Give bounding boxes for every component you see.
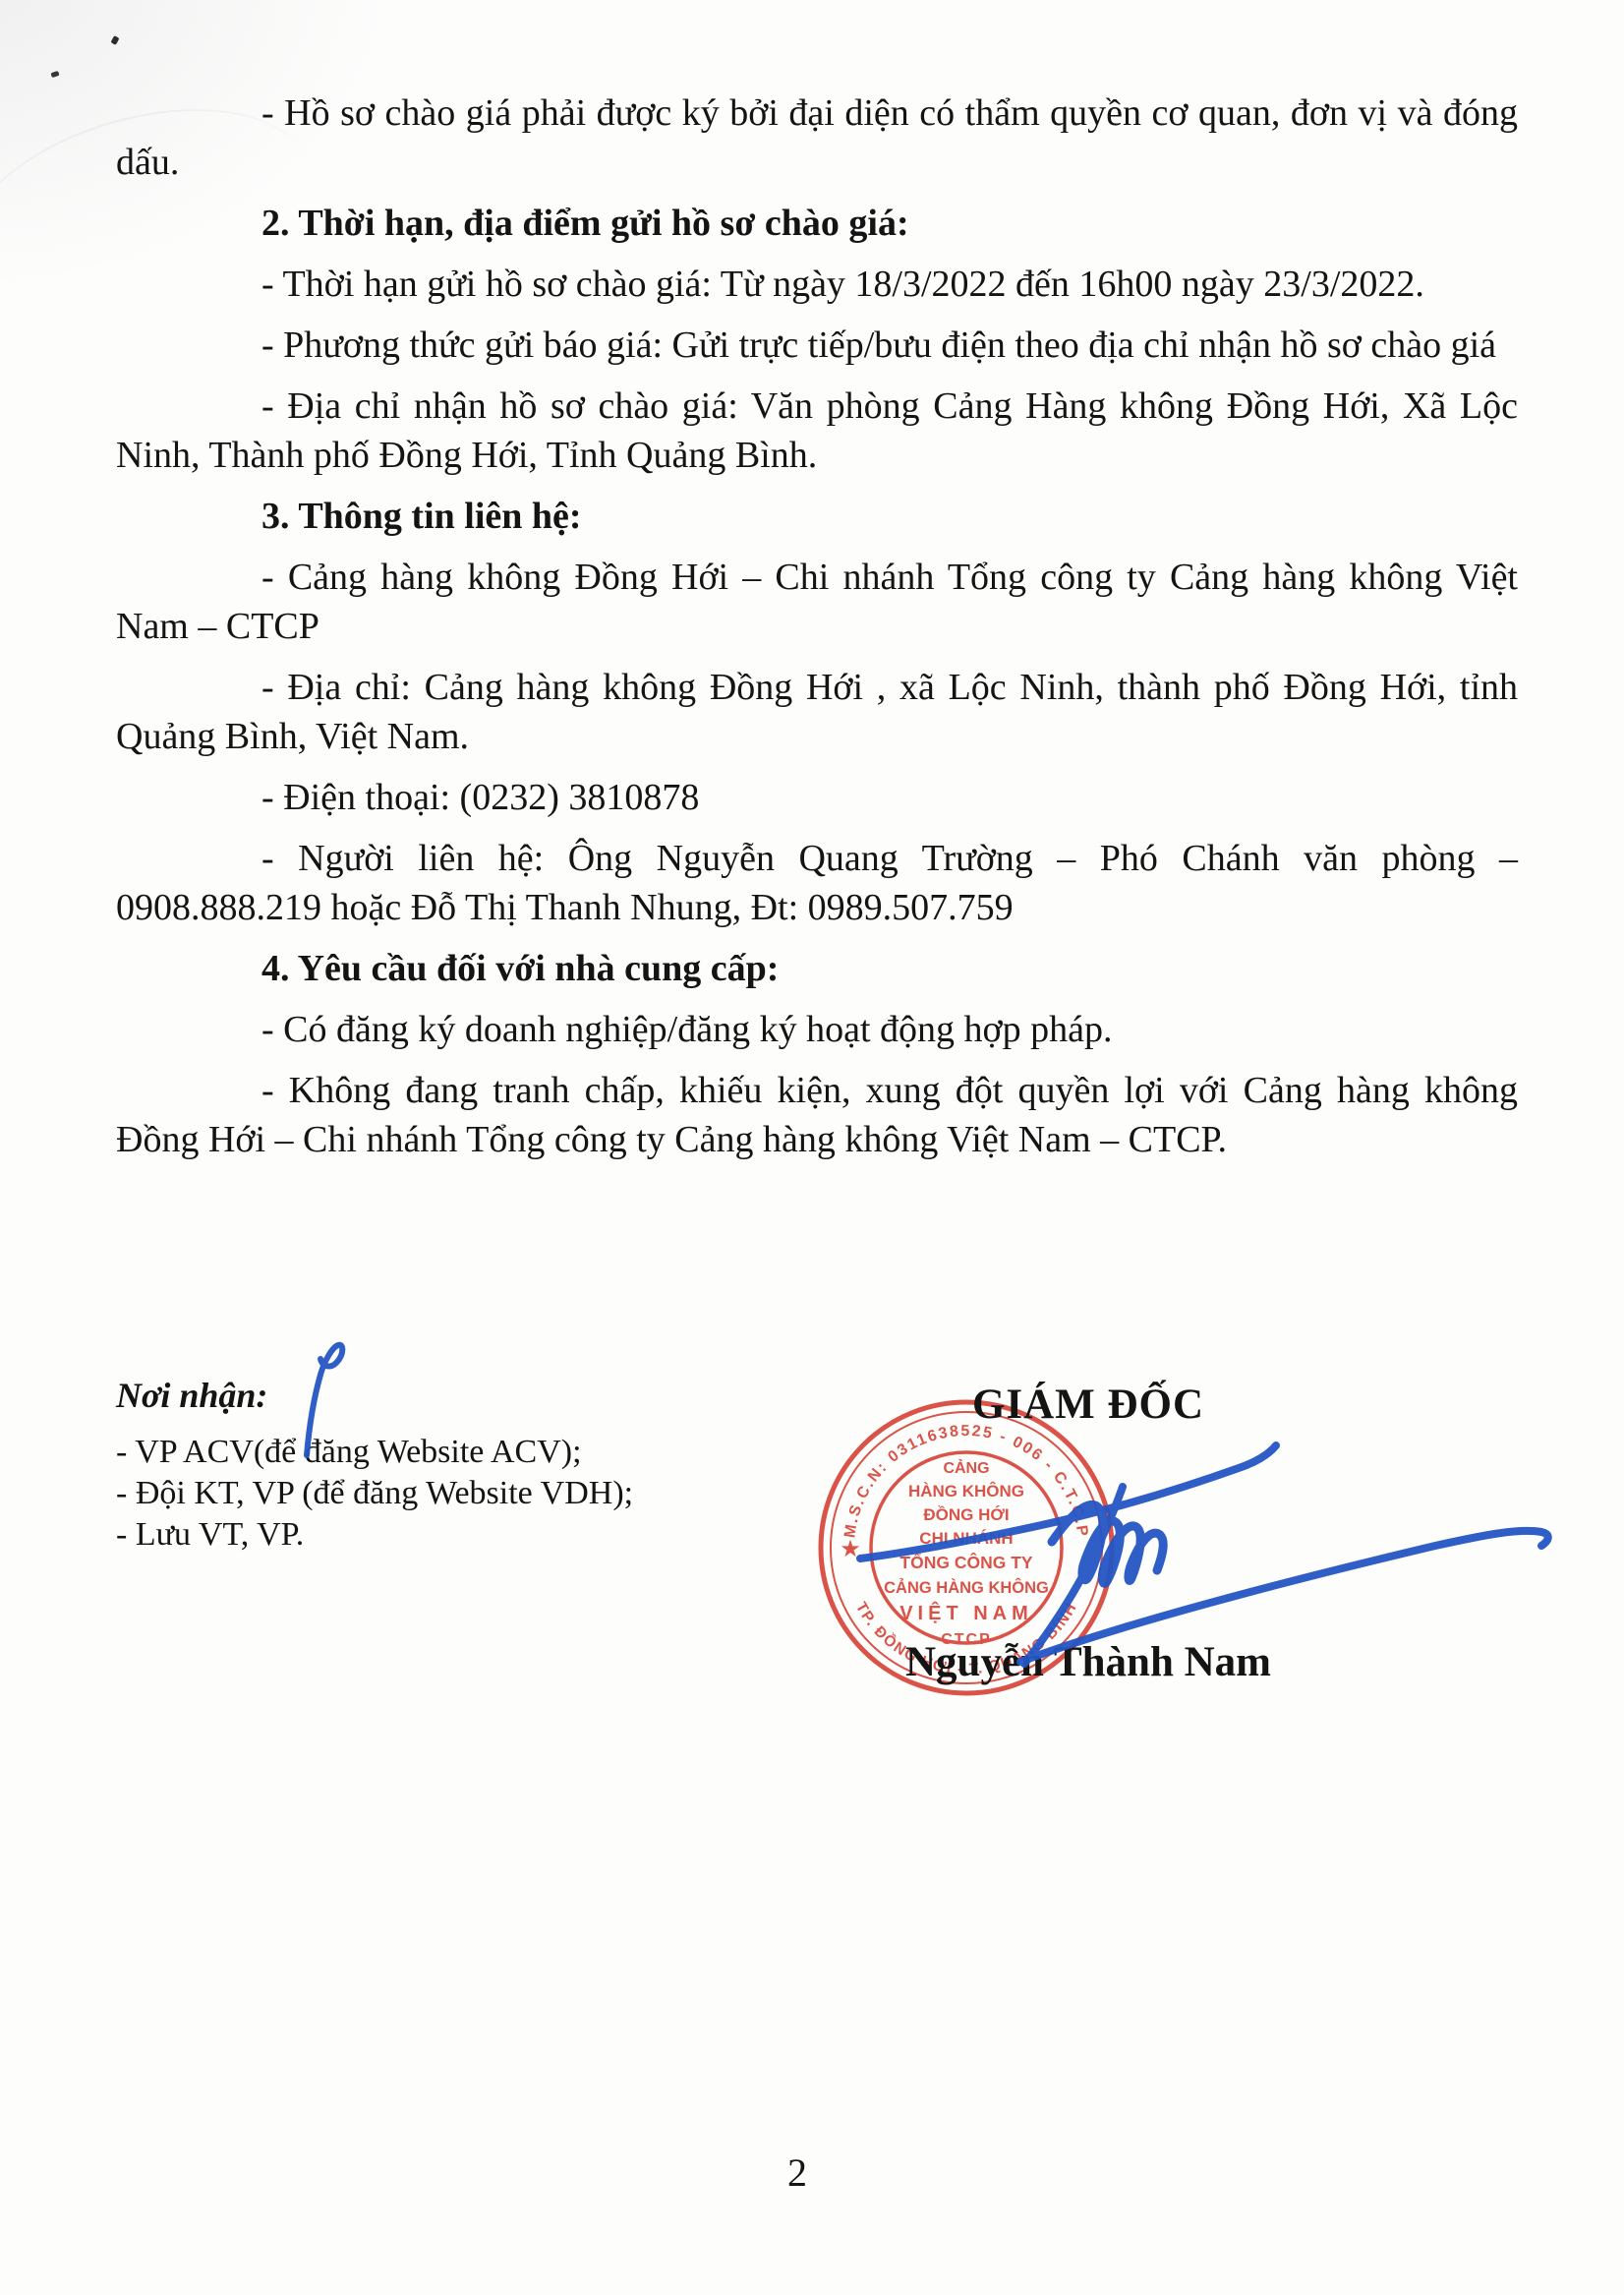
recipient-item: - Lưu VT, VP. xyxy=(116,1514,633,1556)
section-heading: 3. Thông tin liên hệ: xyxy=(116,492,1518,541)
paragraph: - Không đang tranh chấp, khiếu kiện, xun… xyxy=(116,1066,1518,1164)
pen-checkmark xyxy=(277,1333,376,1461)
document-page: - Hồ sơ chào giá phải được ký bởi đại di… xyxy=(0,0,1624,2295)
document-body: - Hồ sơ chào giá phải được ký bởi đại di… xyxy=(0,0,1624,1176)
paragraph: - Phương thức gửi báo giá: Gửi trực tiếp… xyxy=(116,321,1518,370)
paragraph: - Thời hạn gửi hồ sơ chào giá: Từ ngày 1… xyxy=(116,260,1518,309)
paragraph: - Địa chỉ nhận hồ sơ chào giá: Văn phòng… xyxy=(116,382,1518,480)
paragraph: - Người liên hệ: Ông Nguyễn Quang Trường… xyxy=(116,834,1518,932)
recipient-item: - Đội KT, VP (để đăng Website VDH); xyxy=(116,1473,633,1514)
section-heading: 2. Thời hạn, địa điểm gửi hồ sơ chào giá… xyxy=(116,199,1518,248)
paragraph: - Hồ sơ chào giá phải được ký bởi đại di… xyxy=(116,88,1518,187)
section-heading: 4. Yêu cầu đối với nhà cung cấp: xyxy=(116,944,1518,993)
paragraph: - Cảng hàng không Đồng Hới – Chi nhánh T… xyxy=(116,553,1518,651)
paragraph: - Điện thoại: (0232) 3810878 xyxy=(116,773,1518,822)
page-number: 2 xyxy=(743,2149,851,2196)
paragraph: - Có đăng ký doanh nghiệp/đăng ký hoạt đ… xyxy=(116,1005,1518,1054)
paragraph: - Địa chỉ: Cảng hàng không Đồng Hới , xã… xyxy=(116,663,1518,761)
signature-ink xyxy=(806,1377,1573,1731)
